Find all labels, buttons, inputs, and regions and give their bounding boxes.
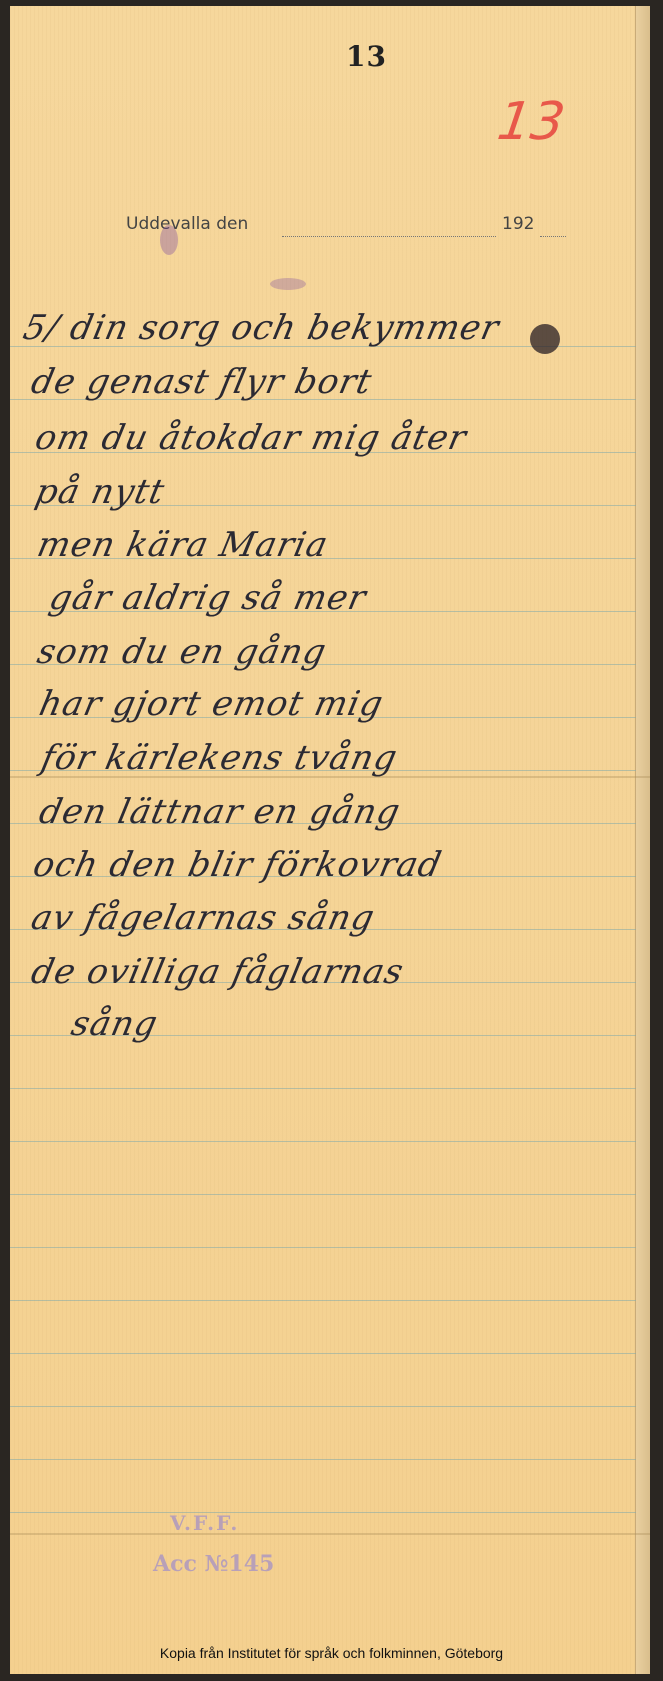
stamp-smudge xyxy=(160,225,178,255)
handwritten-line: de genast flyr bort xyxy=(28,362,376,402)
handwritten-line: på nytt xyxy=(32,472,169,512)
handwritten-line: sång xyxy=(68,1004,162,1044)
handwritten-line: av fågelarnas sång xyxy=(28,898,379,938)
copy-credit-footer: Kopia från Institutet för språk och folk… xyxy=(0,1645,663,1661)
handwritten-line: de ovilliga fåglarnas xyxy=(28,952,408,992)
handwritten-line: den lättnar en gång xyxy=(36,792,404,832)
handwritten-line: har gjort emot mig xyxy=(36,684,387,724)
archive-stamp-accession: Acc №145 xyxy=(153,1551,274,1577)
handwritten-line: 5/ din sorg och bekymmer xyxy=(20,308,503,348)
ruled-line xyxy=(10,1141,636,1142)
ruled-line xyxy=(10,1353,636,1354)
scan-border xyxy=(0,1674,663,1681)
paper-edge xyxy=(635,6,650,1674)
ruled-line xyxy=(10,1300,636,1301)
printed-page-number: 13 xyxy=(346,40,387,73)
handwritten-line: för kärlekens tvång xyxy=(38,738,401,778)
ink-blot xyxy=(530,324,560,354)
stamp-smudge xyxy=(270,278,306,290)
handwritten-line: som du en gång xyxy=(34,632,330,672)
date-dotted-line xyxy=(282,236,496,237)
ruled-line xyxy=(10,1512,636,1513)
pencil-page-number: 13 xyxy=(494,92,569,152)
handwritten-line: går aldrig så mer xyxy=(46,578,370,618)
dateline-year: 192 xyxy=(502,214,534,234)
document-page xyxy=(10,6,650,1674)
handwritten-line: men kära Maria xyxy=(34,525,332,565)
handwritten-line: och den blir förkovrad xyxy=(30,845,446,885)
ruled-line xyxy=(10,1194,636,1195)
handwritten-line: om du åtokdar mig åter xyxy=(32,418,471,458)
year-dotted-line xyxy=(540,236,566,237)
archive-stamp-line1: V.F.F. xyxy=(170,1511,239,1535)
fold-crease xyxy=(10,1533,650,1535)
ruled-line xyxy=(10,1088,636,1089)
ruled-line xyxy=(10,1406,636,1407)
dateline-place: Uddevalla den xyxy=(126,214,248,234)
ruled-line xyxy=(10,1247,636,1248)
ruled-line xyxy=(10,1459,636,1460)
